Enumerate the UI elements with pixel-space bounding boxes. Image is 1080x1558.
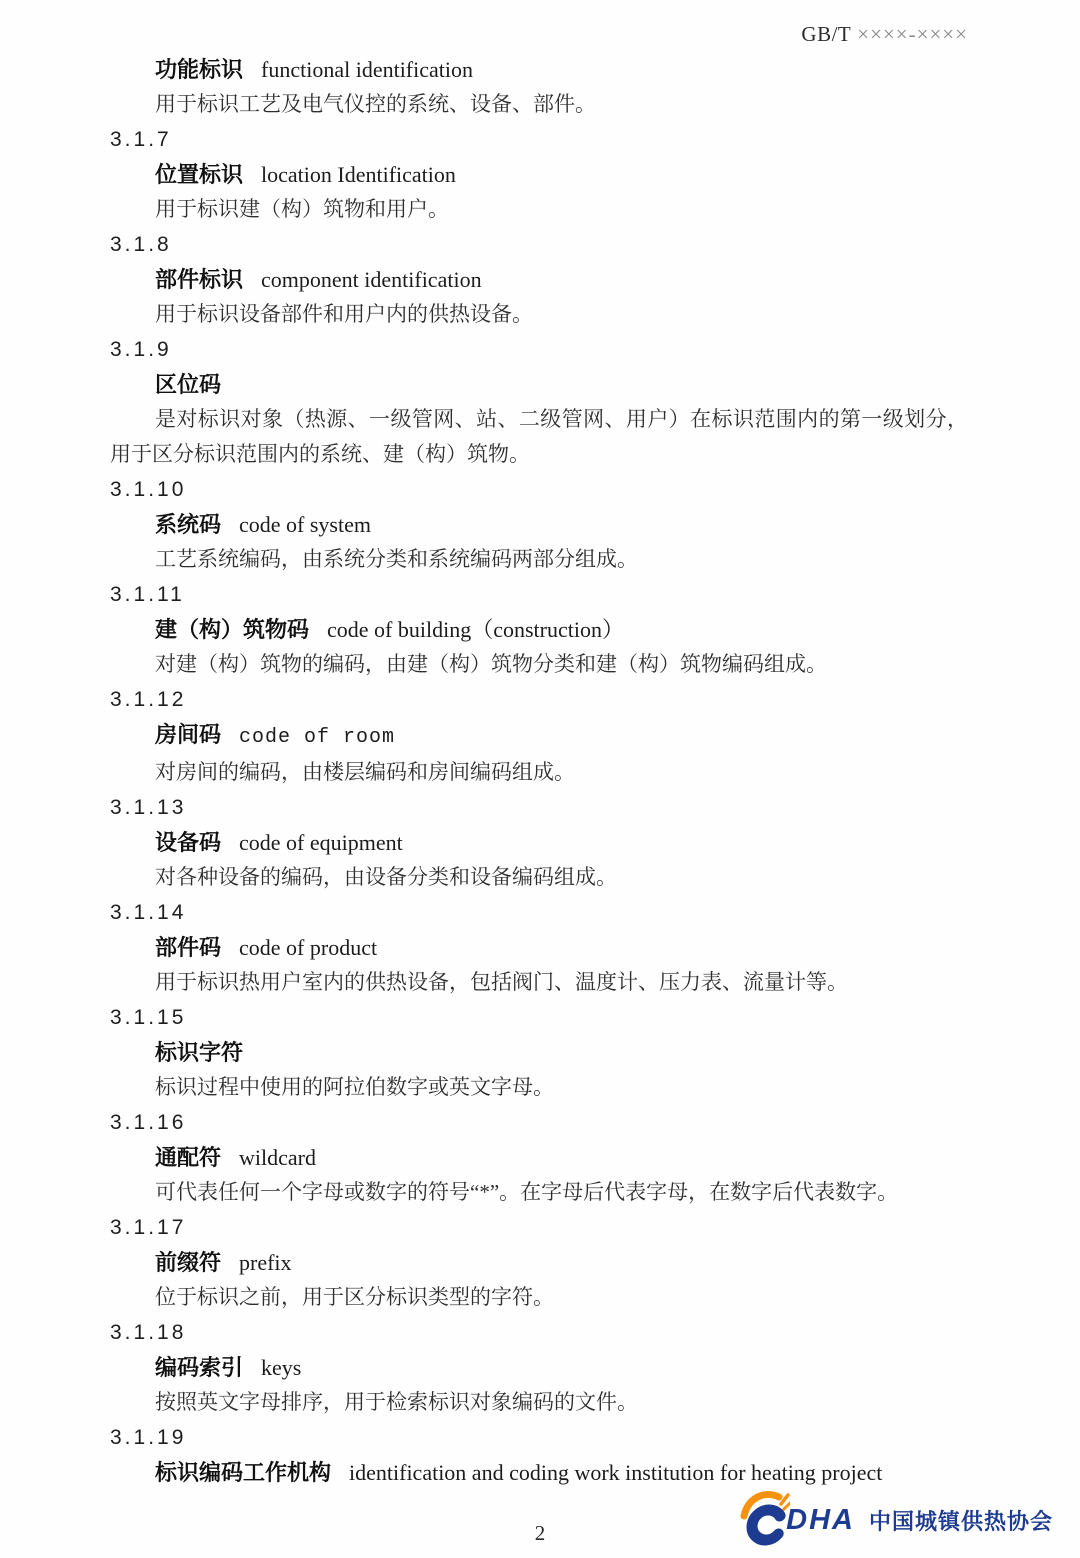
- terms-section: 功能标识functional identification 用于标识工艺及电气仪…: [110, 52, 968, 1490]
- term-en: keys: [261, 1355, 301, 1380]
- term-zh: 前缀符: [155, 1250, 221, 1275]
- clause-number: 3.1.7: [110, 122, 968, 157]
- association-logo: DHA 中国城镇供热协会: [740, 1486, 1053, 1544]
- term-line: 编码索引keys: [110, 1350, 968, 1385]
- standard-code: GB/T××××-××××: [801, 22, 968, 47]
- term-line: 标识字符: [110, 1035, 968, 1070]
- clause-number: 3.1.19: [110, 1420, 968, 1455]
- term-line: 功能标识functional identification: [110, 52, 968, 87]
- term-line: 房间码code of room: [110, 717, 968, 755]
- term-definition: 工艺系统编码，由系统分类和系统编码两部分组成。: [110, 542, 968, 577]
- term-line: 位置标识location Identification: [110, 157, 968, 192]
- clause-number: 3.1.13: [110, 790, 968, 825]
- term-zh: 标识字符: [155, 1040, 243, 1065]
- term-definition: 标识过程中使用的阿拉伯数字或英文字母。: [110, 1070, 968, 1105]
- term-zh: 编码索引: [155, 1355, 243, 1380]
- term-line: 部件标识component identification: [110, 262, 968, 297]
- standard-code-prefix: GB/T: [801, 22, 851, 46]
- clause-number: 3.1.16: [110, 1105, 968, 1140]
- cdha-logo-icon: [740, 1488, 790, 1546]
- term-definition: 用于标识工艺及电气仪控的系统、设备、部件。: [110, 87, 968, 122]
- term-zh: 标识编码工作机构: [155, 1460, 331, 1485]
- term-zh: 通配符: [155, 1145, 221, 1170]
- term-entry: 3.1.17 前缀符prefix 位于标识之前，用于区分标识类型的字符。: [110, 1210, 968, 1315]
- clause-number: 3.1.10: [110, 472, 968, 507]
- term-entry: 3.1.8 部件标识component identification 用于标识设…: [110, 227, 968, 332]
- term-en: identification and coding work instituti…: [349, 1460, 882, 1485]
- term-en: functional identification: [261, 57, 473, 82]
- logo-acronym: DHA: [786, 1504, 855, 1537]
- clause-number: 3.1.14: [110, 895, 968, 930]
- term-zh: 区位码: [155, 372, 221, 397]
- term-entry: 3.1.9 区位码 是对标识对象（热源、一级管网、站、二级管网、用户）在标识范围…: [110, 332, 968, 472]
- term-definition: 对房间的编码，由楼层编码和房间编码组成。: [110, 755, 968, 790]
- term-en: wildcard: [239, 1145, 316, 1170]
- term-en: code of room: [239, 726, 395, 749]
- clause-number: 3.1.8: [110, 227, 968, 262]
- term-line: 区位码: [110, 367, 968, 402]
- term-line: 通配符wildcard: [110, 1140, 968, 1175]
- term-en: code of system: [239, 512, 371, 537]
- logo-c-mark: [751, 1510, 781, 1540]
- clause-number: 3.1.18: [110, 1315, 968, 1350]
- term-en: component identification: [261, 267, 482, 292]
- clause-number: 3.1.12: [110, 682, 968, 717]
- term-entry: 3.1.12 房间码code of room 对房间的编码，由楼层编码和房间编码…: [110, 682, 968, 790]
- term-line: 部件码code of product: [110, 930, 968, 965]
- logo-tick-icon: [783, 1503, 790, 1510]
- term-zh: 位置标识: [155, 162, 243, 187]
- term-entry: 3.1.11 建（构）筑物码code of building（construct…: [110, 577, 968, 682]
- term-en: code of building（construction）: [327, 617, 624, 642]
- term-entry: 3.1.16 通配符wildcard 可代表任何一个字母或数字的符号“*”。在字…: [110, 1105, 968, 1210]
- term-en: prefix: [239, 1250, 292, 1275]
- term-entry: 3.1.15 标识字符 标识过程中使用的阿拉伯数字或英文字母。: [110, 1000, 968, 1105]
- term-definition: 对各种设备的编码，由设备分类和设备编码组成。: [110, 860, 968, 895]
- term-entry: 3.1.10 系统码code of system 工艺系统编码，由系统分类和系统…: [110, 472, 968, 577]
- term-entry: 3.1.7 位置标识location Identification 用于标识建（…: [110, 122, 968, 227]
- term-definition: 位于标识之前，用于区分标识类型的字符。: [110, 1280, 968, 1315]
- logo-org-name: 中国城镇供热协会: [869, 1505, 1053, 1536]
- term-definition: 按照英文字母排序，用于检索标识对象编码的文件。: [110, 1385, 968, 1420]
- term-zh: 部件码: [155, 935, 221, 960]
- term-line: 系统码code of system: [110, 507, 968, 542]
- term-en: location Identification: [261, 162, 456, 187]
- term-entry: 3.1.19 标识编码工作机构identification and coding…: [110, 1420, 968, 1490]
- term-zh: 建（构）筑物码: [155, 617, 309, 642]
- term-definition: 是对标识对象（热源、一级管网、站、二级管网、用户）在标识范围内的第一级划分，用于…: [110, 402, 968, 472]
- standard-code-number: ××××-××××: [857, 22, 968, 46]
- term-entry: 3.1.14 部件码code of product 用于标识热用户室内的供热设备…: [110, 895, 968, 1000]
- term-definition: 对建（构）筑物的编码，由建（构）筑物分类和建（构）筑物编码组成。: [110, 647, 968, 682]
- clause-number: 3.1.17: [110, 1210, 968, 1245]
- term-definition: 用于标识热用户室内的供热设备，包括阀门、温度计、压力表、流量计等。: [110, 965, 968, 1000]
- term-zh: 部件标识: [155, 267, 243, 292]
- clause-number: 3.1.11: [110, 577, 968, 612]
- term-definition: 用于标识设备部件和用户内的供热设备。: [110, 297, 968, 332]
- clause-number: 3.1.9: [110, 332, 968, 367]
- term-line: 建（构）筑物码code of building（construction）: [110, 612, 968, 647]
- term-entry: 3.1.13 设备码code of equipment 对各种设备的编码，由设备…: [110, 790, 968, 895]
- term-zh: 系统码: [155, 512, 221, 537]
- term-zh: 房间码: [155, 722, 221, 747]
- term-zh: 设备码: [155, 830, 221, 855]
- term-en: code of product: [239, 935, 377, 960]
- term-zh: 功能标识: [155, 57, 243, 82]
- term-definition: 可代表任何一个字母或数字的符号“*”。在字母后代表字母，在数字后代表数字。: [110, 1175, 968, 1210]
- document-page: GB/T××××-×××× 功能标识functional identificat…: [0, 0, 1080, 1558]
- term-entry: 功能标识functional identification 用于标识工艺及电气仪…: [110, 52, 968, 122]
- term-line: 前缀符prefix: [110, 1245, 968, 1280]
- term-entry: 3.1.18 编码索引keys 按照英文字母排序，用于检索标识对象编码的文件。: [110, 1315, 968, 1420]
- term-line: 设备码code of equipment: [110, 825, 968, 860]
- clause-number: 3.1.15: [110, 1000, 968, 1035]
- term-definition: 用于标识建（构）筑物和用户。: [110, 192, 968, 227]
- term-en: code of equipment: [239, 830, 403, 855]
- term-line: 标识编码工作机构identification and coding work i…: [110, 1455, 968, 1490]
